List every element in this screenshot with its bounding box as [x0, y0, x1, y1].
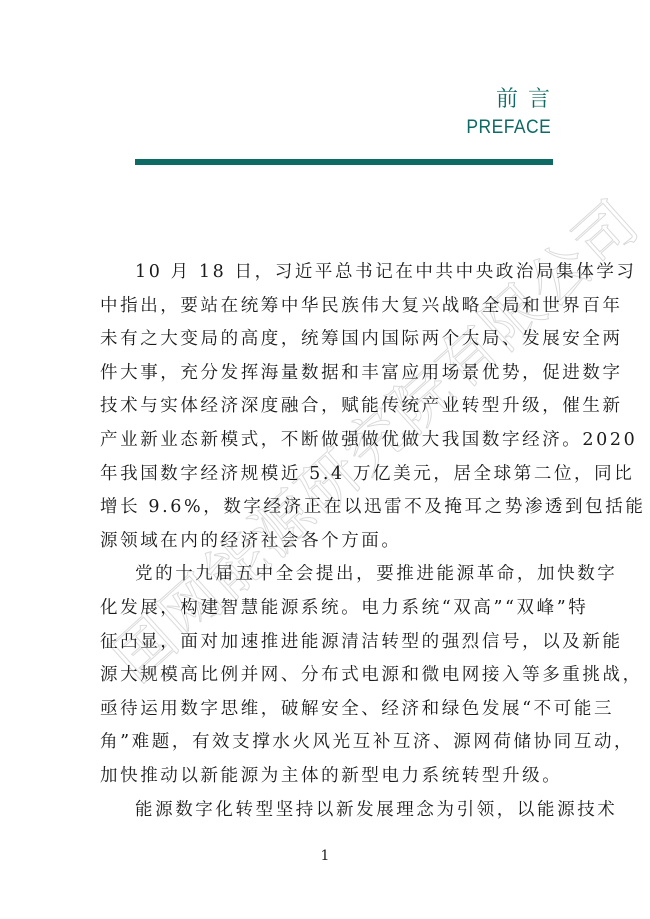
- title-divider: [135, 159, 553, 165]
- text-line: 加快推动以新能源为主体的新型电力系统转型升级。: [100, 760, 556, 794]
- page-number: 1: [319, 848, 331, 864]
- text-line: 党的十九届五中全会提出，要推进能源革命，加快数字: [100, 558, 556, 592]
- text-line: 中指出，要站在统筹中华民族伟大复兴战略全局和世界百年: [100, 290, 556, 324]
- text-line: 增长 9.6%，数字经济正在以迅雷不及掩耳之势渗透到包括能: [100, 491, 556, 525]
- text-line: 化发展，构建智慧能源系统。电力系统“双高”“双峰”特: [100, 592, 556, 626]
- text-line: 源大规模高比例并网、分布式电源和微电网接入等多重挑战，: [100, 659, 556, 693]
- text-line: 源领域在内的经济社会各个方面。: [100, 525, 556, 559]
- text-line: 技术与实体经济深度融合，赋能传统产业转型升级，催生新: [100, 390, 556, 424]
- text-line: 角”难题，有效支撑水火风光互补互济、源网荷储协同互动，: [100, 726, 556, 760]
- text-line: 能源数字化转型坚持以新发展理念为引领，以能源技术: [100, 794, 556, 828]
- text-line: 件大事，充分发挥海量数据和丰富应用场景优势，促进数字: [100, 357, 556, 391]
- text-line: 年我国数字经济规模近 5.4 万亿美元，居全球第二位，同比: [100, 458, 556, 492]
- page-title-english: PREFACE: [466, 117, 551, 139]
- body-text: 10 月 18 日，习近平总书记在中共中央政治局集体学习 中指出，要站在统筹中华…: [100, 256, 556, 827]
- text-line: 产业新业态新模式，不断做强做优做大我国数字经济。2020: [100, 424, 556, 458]
- text-line: 亟待运用数字思维，破解安全、经济和绿色发展“不可能三: [100, 693, 556, 727]
- document-page: 国网能源研究院有限公司 前言 PREFACE 10 月 18 日，习近平总书记在…: [0, 0, 650, 919]
- page-title: 前言: [496, 82, 560, 113]
- text-line: 征凸显，面对加速推进能源清洁转型的强烈信号，以及新能: [100, 626, 556, 660]
- text-line: 10 月 18 日，习近平总书记在中共中央政治局集体学习: [100, 256, 556, 290]
- text-line: 未有之大变局的高度，统筹国内国际两个大局、发展安全两: [100, 323, 556, 357]
